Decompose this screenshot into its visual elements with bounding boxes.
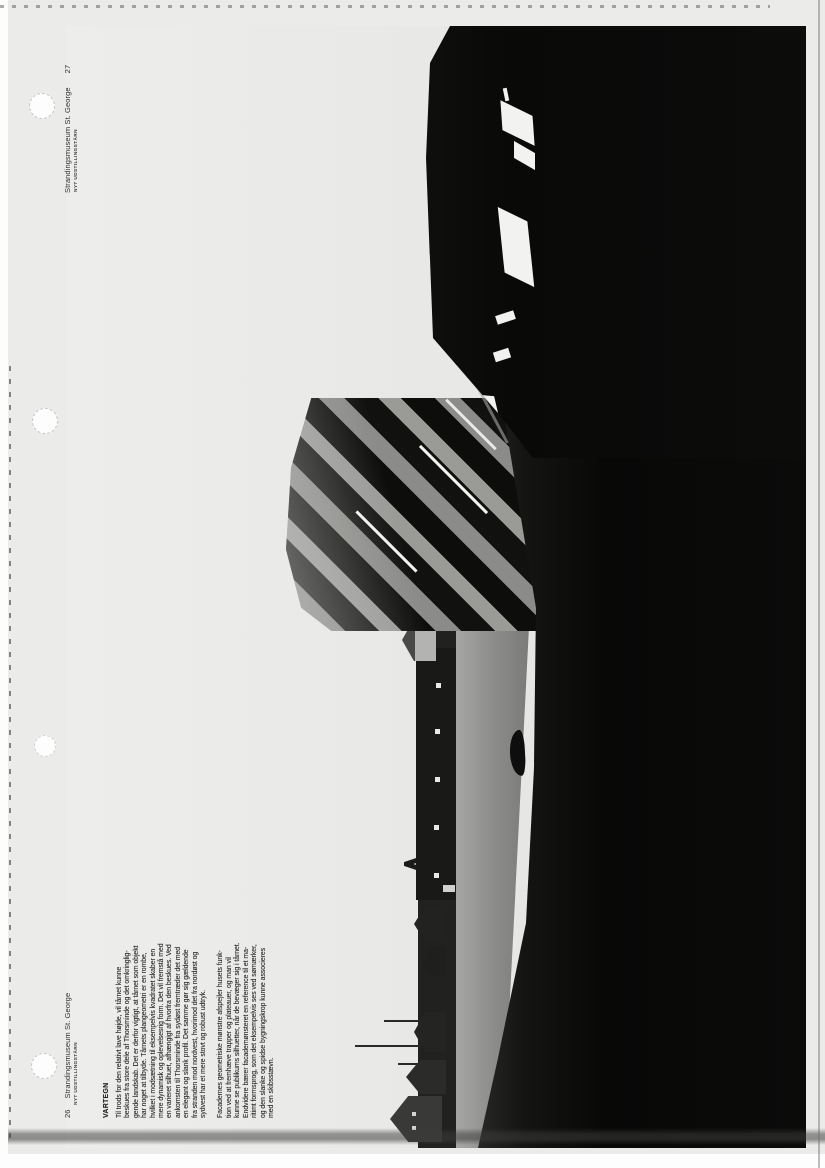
skylight-opening <box>495 310 516 324</box>
page-number-right: 27 <box>63 65 72 74</box>
village-house <box>406 1060 446 1094</box>
skylight-opening <box>493 348 511 362</box>
article-heading: VARTEGN <box>103 836 110 1118</box>
punch-hole <box>32 408 58 434</box>
header-line: 26 Strandingsmuseum St. George <box>63 993 72 1118</box>
ship-mast <box>398 1063 420 1065</box>
article-paragraph-2: Facadernes geometriske mønstre afspejler… <box>217 836 276 1118</box>
rotated-document-spread: 26 Strandingsmuseum St. George NYT UDSTI… <box>0 0 825 1168</box>
header-line: Strandingsmuseum St. George 27 <box>63 65 72 193</box>
punch-hole <box>34 735 56 757</box>
page-number-left: 26 <box>63 1109 72 1118</box>
scanned-page: 26 Strandingsmuseum St. George NYT UDSTI… <box>0 0 825 1168</box>
skylight-opening <box>503 88 510 102</box>
header-title-right: Strandingsmuseum St. George <box>63 87 72 193</box>
warehouse-window <box>434 825 439 830</box>
punch-hole <box>29 93 55 119</box>
header-subtitle-left: NYT UDSTILLINGSTÅRN <box>74 993 79 1105</box>
warehouse-window <box>436 683 441 688</box>
article-paragraph-1: Til trods for den relativt lave højde, v… <box>116 836 208 1118</box>
ship-mast <box>355 1045 420 1047</box>
scan-edge-shadow-band <box>8 1128 825 1145</box>
warehouse-window <box>435 777 440 782</box>
scan-edge-top <box>9 358 11 1138</box>
house-window <box>412 1112 416 1116</box>
scan-edge-bottom <box>818 0 820 1168</box>
header-title-left: Strandingsmuseum St. George <box>63 993 72 1099</box>
punch-hole <box>31 1053 57 1079</box>
ship-mast <box>384 1020 420 1022</box>
page-header-left: 26 Strandingsmuseum St. George NYT UDSTI… <box>63 993 79 1118</box>
header-subtitle-right: NYT UDSTILLINGSTÅRN <box>74 65 79 192</box>
warehouse-window <box>434 873 439 878</box>
skylight-opening <box>500 100 534 146</box>
article-text-block: VARTEGN Til trods for den relativt lave … <box>103 836 276 1118</box>
scan-edge-right <box>0 5 770 8</box>
warehouse-window <box>435 729 440 734</box>
warehouse-door <box>443 885 455 892</box>
skylight-opening <box>498 207 535 287</box>
page-header-right: Strandingsmuseum St. George 27 NYT UDSTI… <box>63 65 79 193</box>
skylight-opening <box>514 141 535 170</box>
dune-museum-building <box>418 26 806 458</box>
